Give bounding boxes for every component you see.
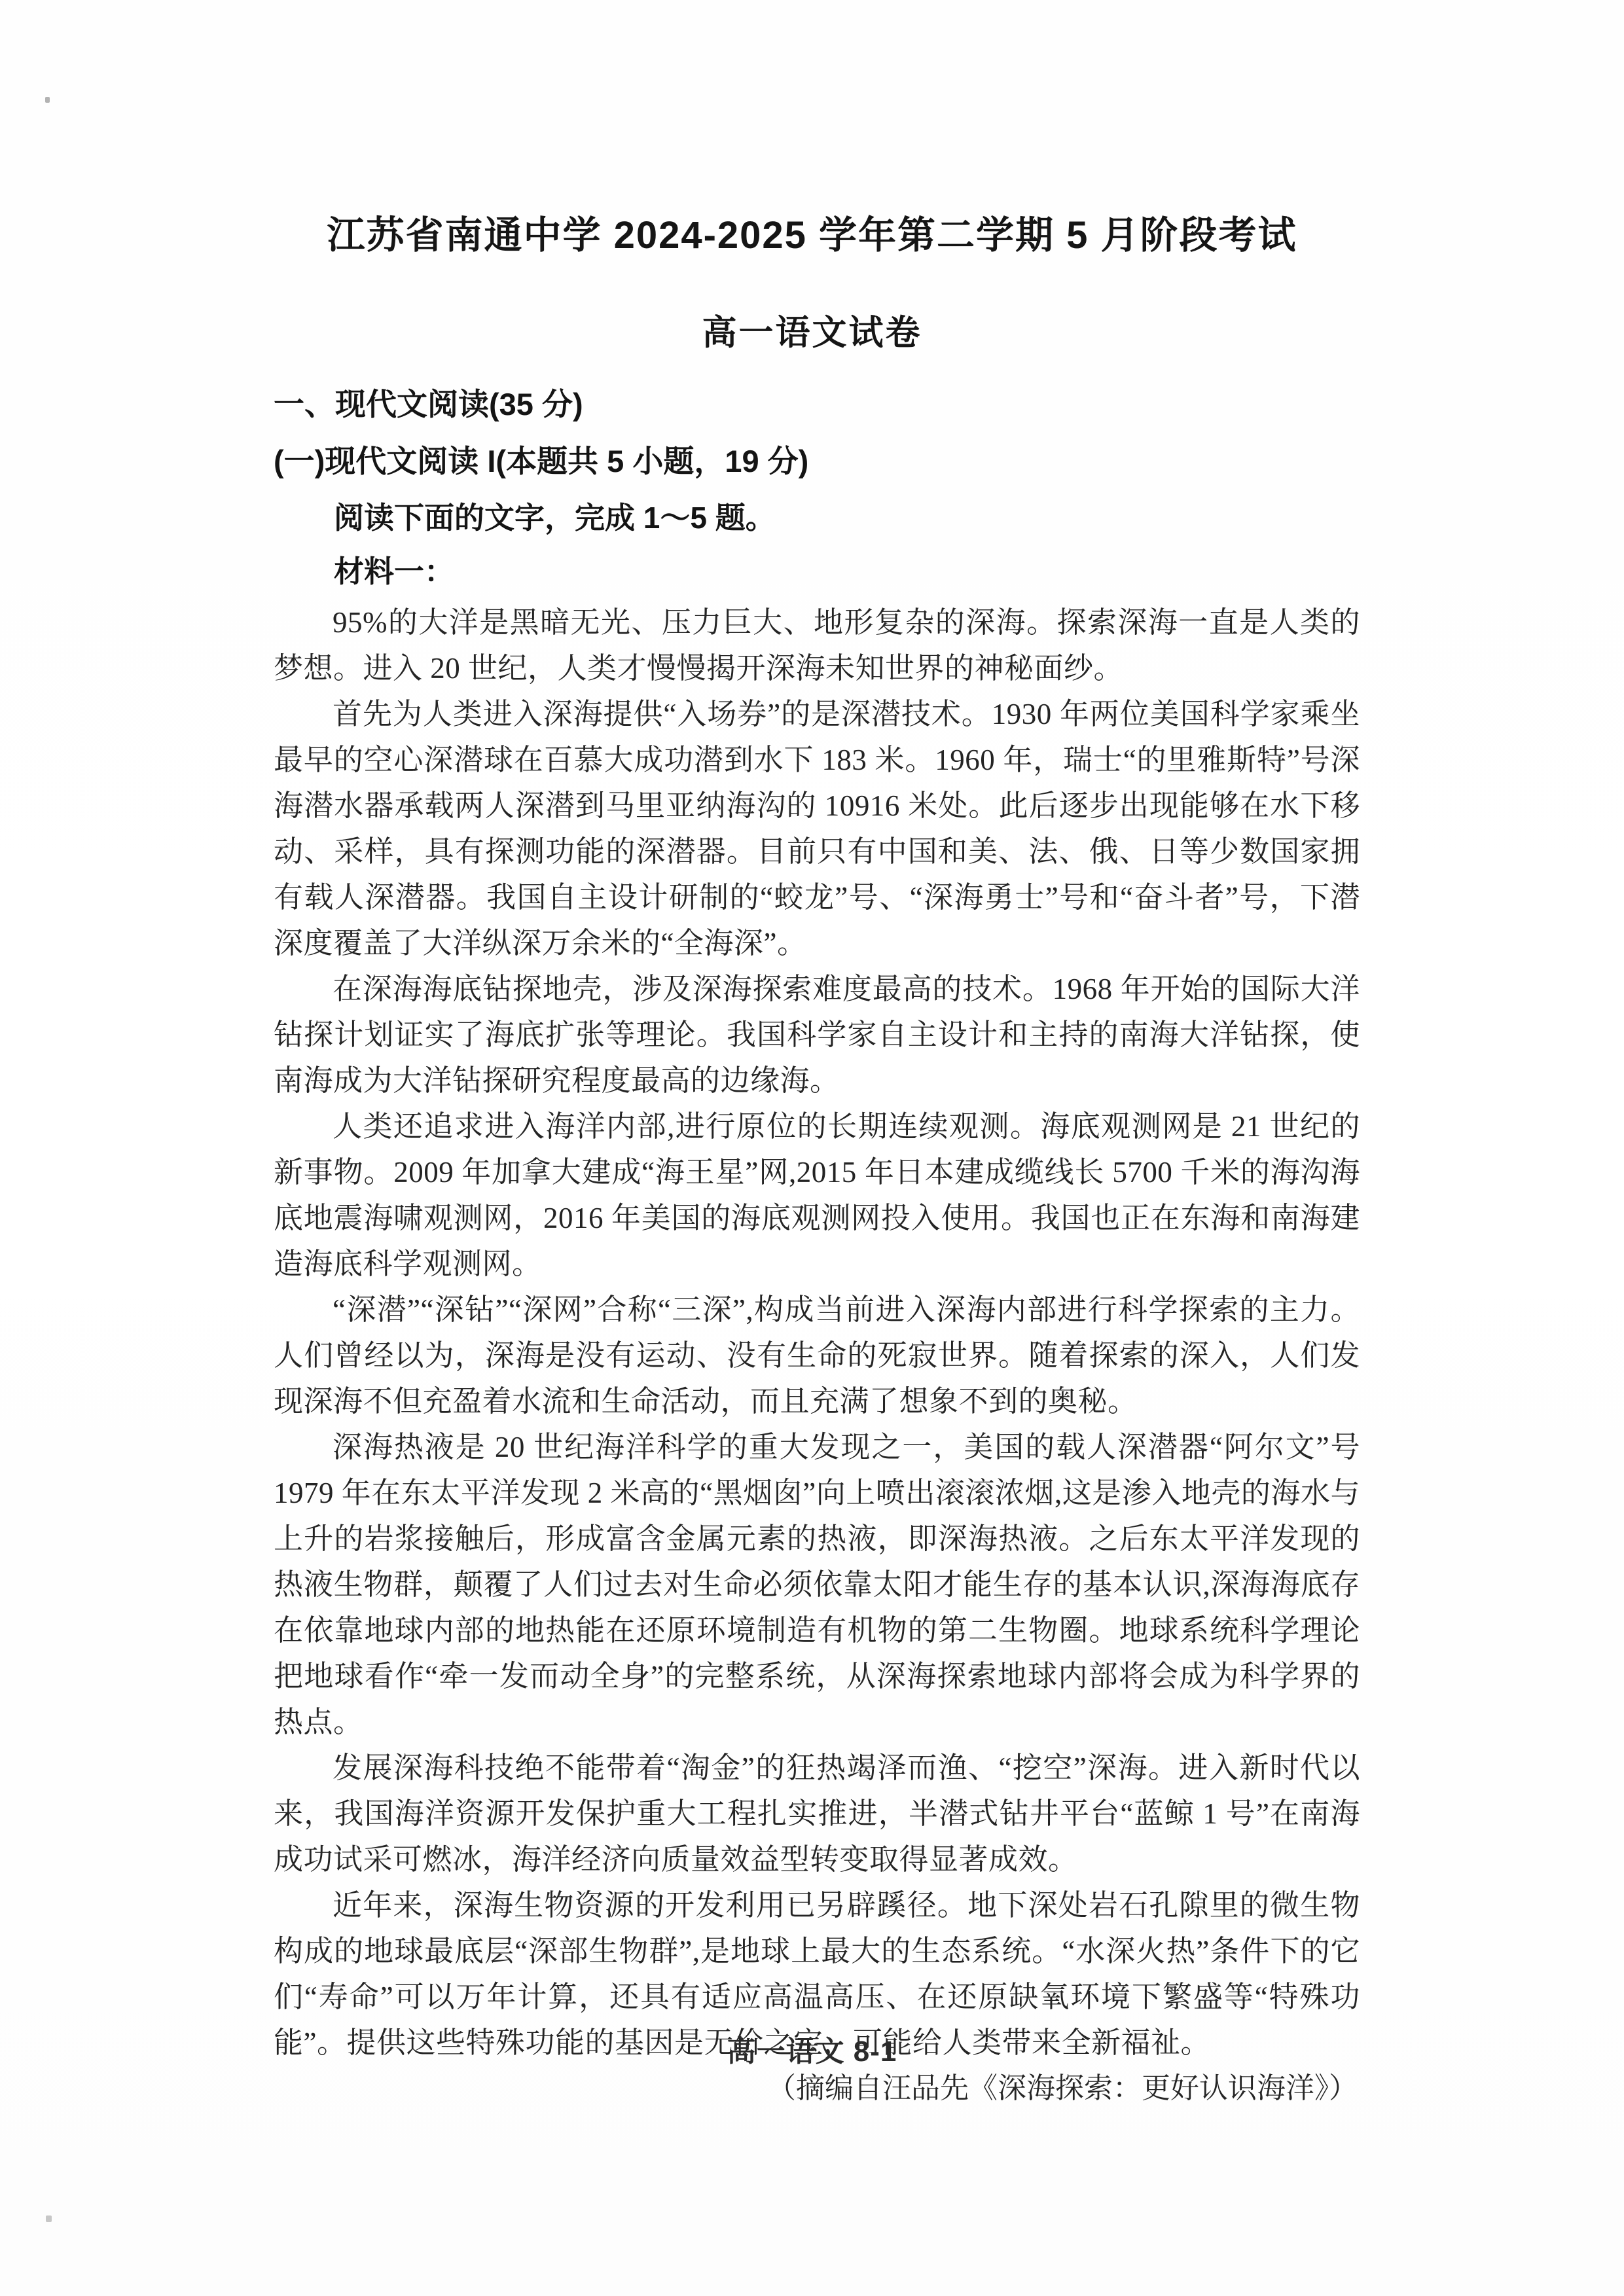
scan-artifact xyxy=(45,97,50,103)
material-paragraph: 深海热液是 20 世纪海洋科学的重大发现之一，美国的载人深潜器“阿尔文”号 19… xyxy=(274,1424,1360,1745)
material-paragraph: 首先为人类进入深海提供“入场券”的是深潜技术。1930 年两位美国科学家乘坐最早… xyxy=(274,691,1360,966)
page-subtitle: 高一语文试卷 xyxy=(0,305,1624,355)
material-paragraph: “深潜”“深钻”“深网”合称“三深”,构成当前进入深海内部进行科学探索的主力。人… xyxy=(274,1287,1360,1424)
exam-paper-page: 江苏省南通中学 2024-2025 学年第二学期 5 月阶段考试 高一语文试卷 … xyxy=(0,0,1624,2296)
material-one-label: 材料一： xyxy=(274,552,1360,590)
source-attribution: （摘编自汪品先《深海探索：更好认识海洋》） xyxy=(274,2066,1360,2111)
section-heading: 一、现代文阅读(35 分) xyxy=(274,385,1360,424)
material-paragraph: 发展深海科技绝不能带着“淘金”的狂热竭泽而渔、“挖空”深海。进入新时代以来，我国… xyxy=(274,1745,1360,1882)
exam-content: 一、现代文阅读(35 分) (一)现代文阅读 I(本题共 5 小题，19 分) … xyxy=(274,385,1360,2111)
material-paragraph: 在深海海底钻探地壳，涉及深海探索难度最高的技术。1968 年开始的国际大洋钻探计… xyxy=(274,966,1360,1103)
scan-artifact xyxy=(46,2215,52,2222)
section-subheading: (一)现代文阅读 I(本题共 5 小题，19 分) xyxy=(274,442,1360,481)
material-paragraph: 95%的大洋是黑暗无光、压力巨大、地形复杂的深海。探索深海一直是人类的梦想。进入… xyxy=(274,600,1360,691)
page-title: 江苏省南通中学 2024-2025 学年第二学期 5 月阶段考试 xyxy=(0,204,1624,259)
page-footer: 高一语文 8-1 xyxy=(0,2028,1624,2070)
reading-instruction: 阅读下面的文字，完成 1～5 题。 xyxy=(274,499,1360,537)
material-paragraph: 人类还追求进入海洋内部,进行原位的长期连续观测。海底观测网是 21 世纪的新事物… xyxy=(274,1103,1360,1287)
